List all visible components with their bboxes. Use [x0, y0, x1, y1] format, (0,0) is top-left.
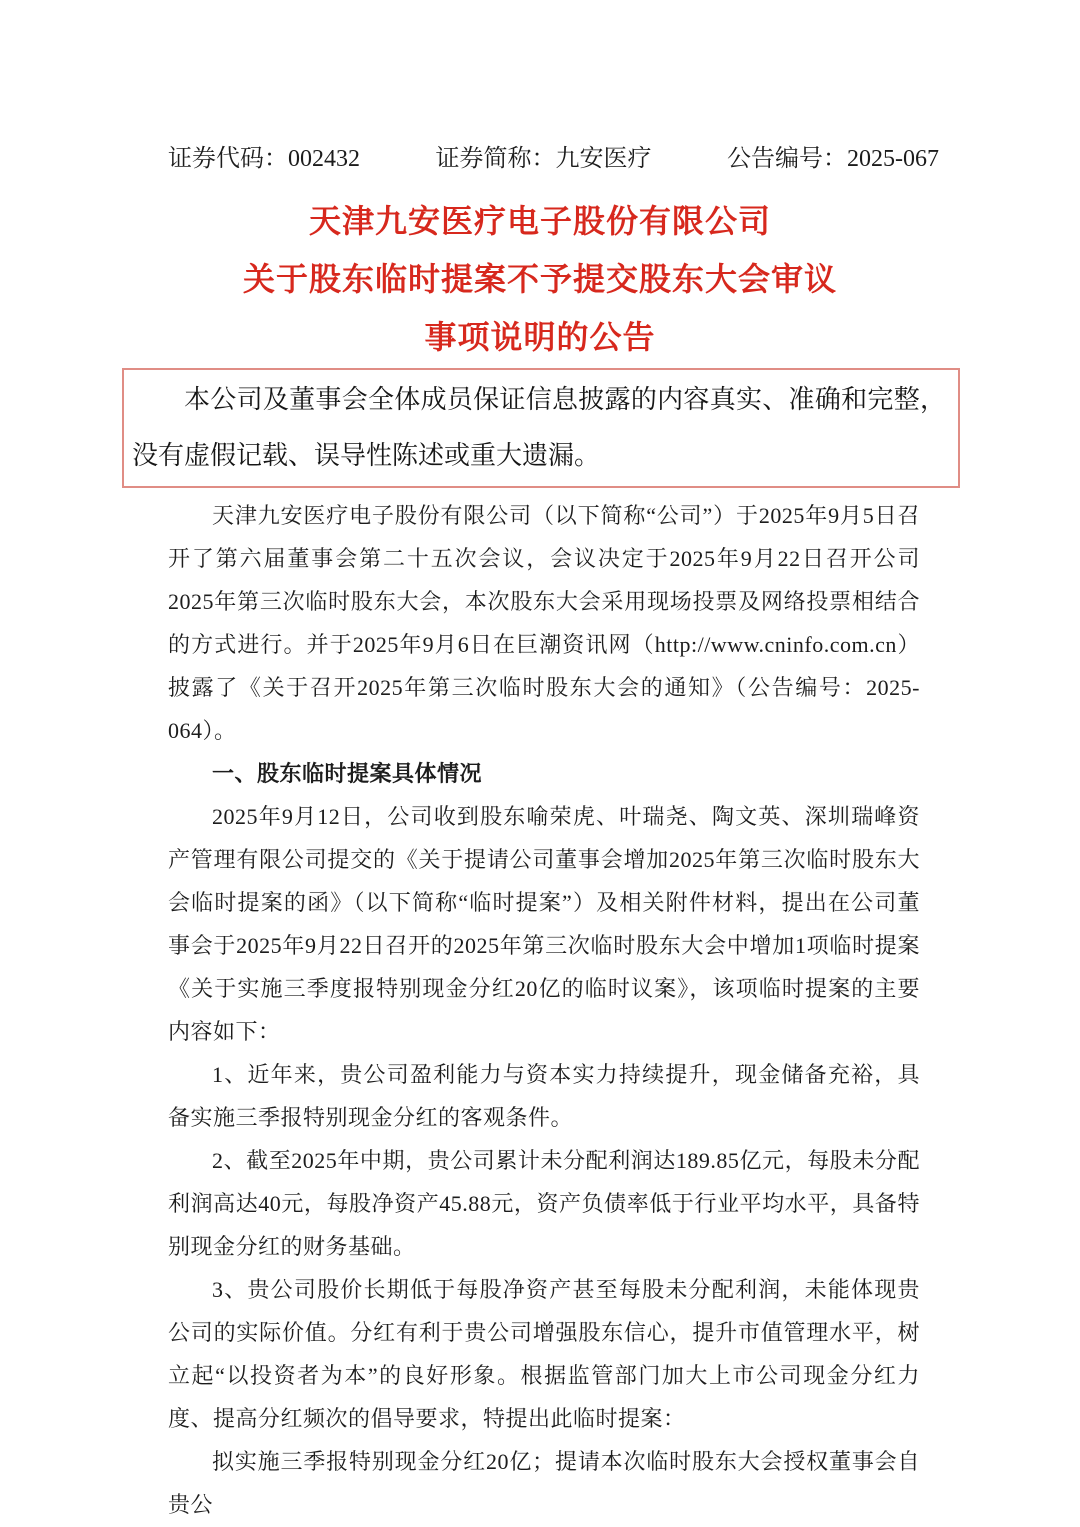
- company-name-title: 天津九安医疗电子股份有限公司: [0, 192, 1080, 250]
- announcement-page: 证券代码：002432 证券简称：九安医疗 公告编号：2025-067 天津九安…: [0, 0, 1080, 1527]
- announcement-number: 公告编号：2025-067: [727, 143, 939, 176]
- paragraph-proposal-content: 拟实施三季报特别现金分红20亿；提请本次临时股东大会授权董事会自贵公: [168, 1440, 920, 1526]
- document-body: 天津九安医疗电子股份有限公司（以下简称“公司”）于2025年9月5日召开了第六届…: [168, 494, 920, 1526]
- paragraph-point-1: 1、近年来，贵公司盈利能力与资本实力持续提升，现金储备充裕，具备实施三季报特别现…: [168, 1053, 920, 1139]
- stock-short-name: 证券简称：九安医疗: [436, 143, 652, 176]
- paragraph-meeting-intro: 天津九安医疗电子股份有限公司（以下简称“公司”）于2025年9月5日召开了第六届…: [168, 494, 920, 752]
- paragraph-point-3: 3、贵公司股价长期低于每股净资产甚至每股未分配利润，未能体现贵公司的实际价值。分…: [168, 1268, 920, 1440]
- disclaimer-box: 本公司及董事会全体成员保证信息披露的内容真实、准确和完整，没有虚假记载、误导性陈…: [122, 368, 960, 488]
- section-heading-1: 一、股东临时提案具体情况: [168, 752, 920, 795]
- paragraph-proposal-received: 2025年9月12日，公司收到股东喻荣虎、叶瑞尧、陶文英、深圳瑞峰资产管理有限公…: [168, 795, 920, 1053]
- announcement-title-line1: 关于股东临时提案不予提交股东大会审议: [0, 250, 1080, 308]
- document-header: 证券代码：002432 证券简称：九安医疗 公告编号：2025-067: [168, 143, 939, 176]
- disclaimer-text: 本公司及董事会全体成员保证信息披露的内容真实、准确和完整，没有虚假记载、误导性陈…: [132, 372, 946, 484]
- title-block: 天津九安医疗电子股份有限公司 关于股东临时提案不予提交股东大会审议 事项说明的公…: [0, 192, 1080, 366]
- announcement-title-line2: 事项说明的公告: [0, 308, 1080, 366]
- paragraph-point-2: 2、截至2025年中期，贵公司累计未分配利润达189.85亿元，每股未分配利润高…: [168, 1139, 920, 1268]
- stock-code: 证券代码：002432: [168, 143, 360, 176]
